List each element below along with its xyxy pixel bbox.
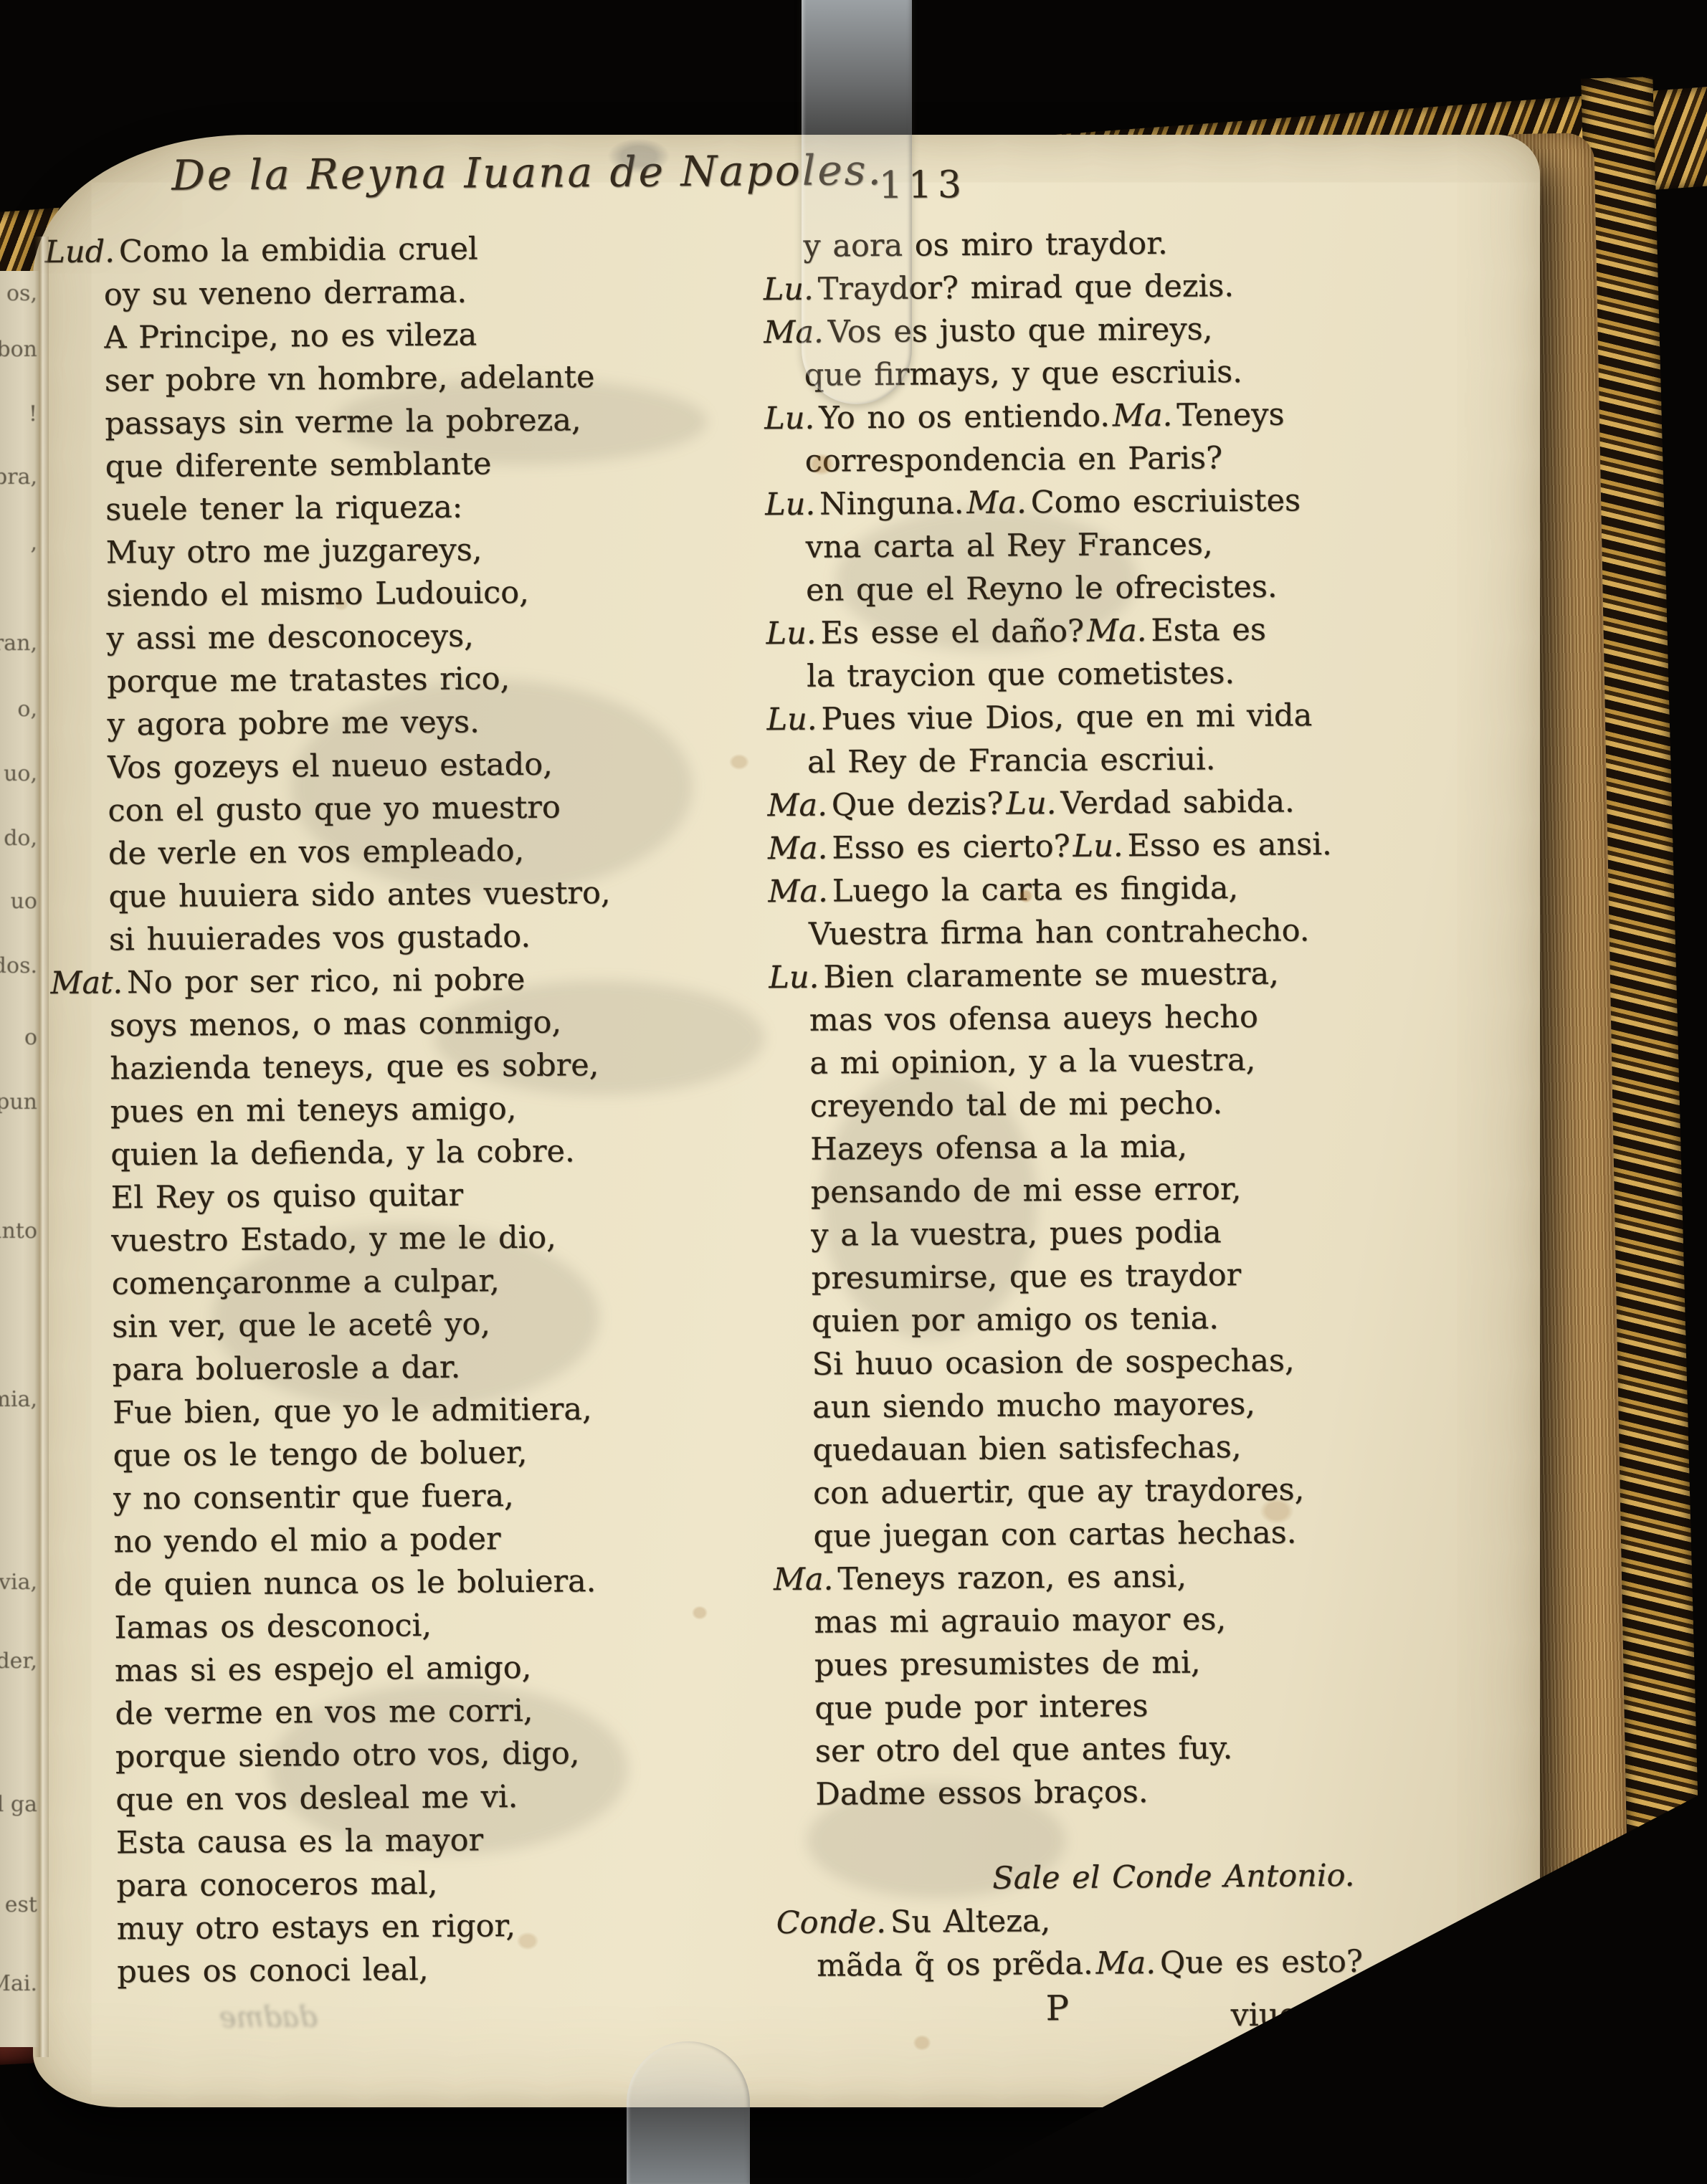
verse-text: hazienda teneys, que es sobre, [110, 1047, 599, 1087]
verse-text: de quien nunca os le boluiera. [114, 1563, 596, 1603]
verse-text: sin ver, que le acetê yo, [112, 1306, 490, 1345]
verse-text: No por ser rico, ni pobre [127, 962, 526, 1001]
verse-text: quedauan bien satisfechas, [812, 1429, 1241, 1469]
verse-text: mas mi agrauio mayor es, [814, 1601, 1226, 1641]
verse-text: Iamas os desconoci, [114, 1608, 432, 1646]
verse-line: vuestro Estado, y me le dio, [111, 1214, 755, 1262]
verse-text: Bien claramente se muestra, [823, 956, 1279, 996]
verse-text: Fue bien, que yo le admitiera, [113, 1391, 592, 1431]
verse-line: hazienda teneys, que es sobre, [110, 1042, 753, 1090]
verse-text: para boluerosle a dar. [113, 1350, 461, 1388]
verse-line: Ma.Teneys razon, es ansi, [774, 1554, 1369, 1602]
verse-line: Fue bien, que yo le admitiera, [113, 1386, 756, 1434]
verse-line: y no consentir que fuera, [113, 1472, 757, 1520]
verse-text: que en vos desleal me vi. [115, 1779, 518, 1818]
verse-text: Esso es cierto? [832, 829, 1070, 867]
verse-text: pues presumistes de mi, [814, 1644, 1201, 1683]
verse-line: mas vos ofensa aueys hecho [809, 995, 1364, 1042]
verse-line: Conde.Su Alteza, [776, 1897, 1371, 1945]
verse-line: Lud.Como la embidia cruel [44, 225, 747, 274]
previous-page-text-fragment: Mai. [0, 1971, 37, 1996]
verse-line: porque siendo otro vos, digo, [115, 1730, 759, 1778]
verse-line: A Principe, no es vileza [104, 311, 748, 359]
verse-line: y agora pobre me veys. [107, 698, 751, 746]
speaker-abbreviation: Lu. [765, 487, 815, 523]
verse-text: la traycion que cometistes. [807, 655, 1235, 695]
previous-page-text-fragment: o [24, 1025, 37, 1050]
verse-line: Esta causa es la mayor [116, 1816, 760, 1864]
verse-line: quien por amigo os tenia. [812, 1296, 1366, 1343]
verse-text: pensando de mi esse error, [811, 1171, 1242, 1211]
previous-page-text-fragment: dos. [0, 953, 37, 978]
verse-text: Vuestra firma han contrahecho. [809, 912, 1310, 952]
verse-line: no yendo el mio a poder [113, 1515, 757, 1563]
verse-line: mãda q̃ os prẽda.Ma.Que es esto? [817, 1940, 1371, 1988]
verse-line: de verle en vos empleado, [108, 827, 752, 875]
verse-line: mas mi agrauio mayor es, [814, 1597, 1369, 1644]
speaker-abbreviation: Conde. [776, 1904, 887, 1941]
verse-line: de quien nunca os le boluiera. [114, 1558, 758, 1606]
verse-text: porque me tratastes rico, [107, 661, 510, 700]
verse-line: Muy otro me juzgareys, [106, 526, 750, 574]
verse-text: mãda q̃ os prẽda. [817, 1946, 1093, 1984]
verse-line: Lu.Es esse el daño?Ma.Esta es [766, 608, 1361, 656]
speaker-abbreviation: Sale el Conde Antonio. [992, 1858, 1355, 1897]
speaker-abbreviation: Lu. [1006, 786, 1056, 822]
previous-page-text-fragment: , [30, 530, 37, 555]
verse-text: que os le tengo de boluer, [113, 1435, 527, 1474]
previous-page-text-fragment: junto [0, 1219, 37, 1244]
verse-text: vuestro Estado, y me le dio, [111, 1220, 556, 1259]
verse-text: que huuiera sido antes vuestro, [108, 875, 610, 915]
previous-page-text-fragment: o pun [0, 1089, 37, 1115]
verse-line: Lu.Pues viue Dios, que en mi vida [766, 694, 1361, 742]
previous-page-edge: os,bon!bra,,ran,o,uo,do,uodos.oo punjunt… [0, 271, 39, 2047]
speaker-abbreviation: Lu. [764, 401, 814, 437]
verse-text: Como escriuistes [1031, 482, 1301, 520]
speaker-abbreviation: Ma. [768, 831, 828, 867]
speaker-abbreviation: Ma. [774, 1562, 834, 1598]
stage-direction: Sale el Conde Antonio. [992, 1854, 1371, 1900]
verse-text: que pude por interes [814, 1688, 1148, 1727]
running-header: De la Reyna Iuana de Napoles. [154, 146, 900, 200]
verse-line: que huuiera sido antes vuestro, [108, 870, 752, 918]
verse-line: muy otro estays en rigor, [117, 1902, 761, 1950]
verse-text: y no consentir que fuera, [113, 1478, 514, 1517]
verse-line: y a la vuestra, pues podia [811, 1210, 1366, 1257]
verse-text: muy otro estays en rigor, [117, 1908, 516, 1947]
previous-page-text-fragment: ran, [0, 631, 37, 656]
verse-line: soys menos, o mas conmigo, [110, 999, 753, 1047]
verse-text: Que dezis? [832, 786, 1004, 824]
verse-line: passays sin verme la pobreza, [105, 397, 748, 445]
verse-line: Si huuo ocasion de sospechas, [812, 1339, 1366, 1386]
verse-line: con el gusto que yo muestro [108, 784, 751, 832]
verse-line: que diferente semblante [105, 440, 749, 488]
verse-line: porque me tratastes rico, [107, 655, 751, 703]
speaker-abbreviation: Lu. [766, 702, 817, 738]
verse-text: pues en mi teneys amigo, [110, 1091, 517, 1130]
verse-text: Esta causa es la mayor [116, 1822, 484, 1861]
previous-page-text-fragment: mia, [0, 1387, 37, 1412]
speaker-abbreviation: Ma. [1087, 613, 1147, 649]
verse-text: que juegan con cartas hechas. [813, 1515, 1296, 1554]
verse-line: ser otro del que antes fuy. [815, 1726, 1370, 1773]
holding-strap-bottom [627, 2041, 750, 2184]
verse-line: vna carta al Rey Frances, [805, 522, 1360, 569]
right-text-column: y aora os miro traydor.Lu.Traydor? mirad… [763, 221, 1372, 2046]
verse-line: Vuestra firma han contrahecho. [809, 909, 1364, 956]
verse-text: quien la defienda, y la cobre. [110, 1133, 575, 1173]
previous-page-text-fragment: uo [11, 889, 37, 914]
verse-text: soys menos, o mas conmigo, [110, 1004, 562, 1044]
verse-line: de verme en vos me corri, [115, 1687, 759, 1735]
speaker-abbreviation: Mat. [50, 965, 123, 1001]
verse-line: si huuierades vos gustado. [109, 913, 753, 961]
verse-text: Teneys [1176, 397, 1285, 434]
verse-text: quien por amigo os tenia. [812, 1300, 1219, 1339]
verse-line: Hazeys ofensa a la mia, [810, 1124, 1365, 1171]
verse-line: El Rey os quiso quitar [111, 1171, 755, 1219]
verse-line: correspondencia en Paris? [805, 436, 1360, 483]
verse-text: El Rey os quiso quitar [111, 1178, 464, 1216]
book-page: De la Reyna Iuana de Napoles. 113 Lud.Co… [33, 135, 1540, 2107]
speaker-abbreviation: Ma. [966, 485, 1027, 521]
signature-row: Pviue [777, 1985, 1373, 2047]
speaker-abbreviation: Lu. [1073, 828, 1123, 864]
speaker-abbreviation: Ma. [767, 788, 827, 824]
speaker-abbreviation: Ma. [768, 874, 828, 910]
catchword: viue [1231, 1993, 1298, 2037]
verse-line: ser pobre vn hombre, adelante [105, 354, 748, 402]
verse-text: vna carta al Rey Frances, [806, 526, 1213, 565]
verse-text: Si huuo ocasion de sospechas, [812, 1343, 1294, 1382]
verse-line: pues presumistes de mi, [814, 1640, 1369, 1687]
verse-text: Dadme essos braços. [815, 1774, 1149, 1813]
verse-text: Teneys razon, es ansi, [837, 1559, 1187, 1598]
verse-line: Vos gozeys el nueuo estado, [108, 741, 751, 789]
speaker-abbreviation: Lu. [769, 960, 819, 996]
verse-text: Esso es ansi. [1127, 826, 1331, 864]
verse-text: pues os conoci leal, [117, 1952, 429, 1990]
verse-text: no yendo el mio a poder [113, 1521, 500, 1560]
verse-line: para boluerosle a dar. [112, 1343, 756, 1391]
verse-text: passays sin verme la pobreza, [105, 402, 581, 442]
verse-line: que en vos desleal me vi. [115, 1773, 759, 1821]
verse-text: Que es esto? [1160, 1944, 1363, 1981]
verse-line: quien la defienda, y la cobre. [110, 1128, 754, 1176]
verse-line: creyendo tal de mi pecho. [810, 1081, 1365, 1128]
verse-text: suele tener la riqueza: [105, 490, 462, 528]
speaker-abbreviation: Ma. [1113, 398, 1173, 434]
verse-text: siendo el mismo Ludouico, [106, 575, 529, 614]
verse-text: Muy otro me juzgareys, [106, 532, 482, 571]
verse-line: que os le tengo de boluer, [113, 1429, 756, 1477]
verse-line: con aduertir, que ay traydores, [813, 1468, 1368, 1515]
verse-line: pues os conoci leal, [117, 1945, 761, 1993]
verse-text: Como la embidia cruel [119, 231, 478, 270]
left-text-column: Lud.Como la embidia crueloy su veneno de… [44, 225, 761, 1994]
verse-text: que diferente semblante [105, 446, 492, 485]
verse-text: aun siendo mucho mayores, [812, 1386, 1255, 1426]
verse-line: que juegan con cartas hechas. [813, 1511, 1368, 1558]
verse-line: pensando de mi esse error, [811, 1167, 1366, 1214]
previous-page-text-fragment: ! [29, 401, 37, 426]
verse-line: presumirse, que es traydor [811, 1253, 1366, 1300]
verse-text: para conoceros mal, [116, 1866, 438, 1904]
verse-line: y assi me desconoceys, [106, 612, 750, 660]
ghost-show-through-layer: dadme [25, 129, 1532, 141]
verse-line: Mat.No por ser rico, ni pobre [50, 956, 753, 1005]
verse-line: començaronme a culpar, [112, 1257, 756, 1305]
verse-line: quedauan bien satisfechas, [812, 1425, 1367, 1472]
verse-text: començaronme a culpar, [112, 1263, 500, 1302]
verse-line: mas si es espejo el amigo, [115, 1644, 759, 1692]
speaker-abbreviation: Ma. [1095, 1945, 1156, 1982]
speaker-abbreviation: Lud. [44, 234, 115, 270]
verse-line: Lu.Ninguna.Ma.Como escriuistes [765, 479, 1360, 527]
verse-line: Ma.Esso es cierto?Lu.Esso es ansi. [768, 823, 1363, 871]
verse-text: de verme en vos me corri, [115, 1693, 533, 1732]
previous-page-text-fragment: el ga [0, 1792, 37, 1817]
verse-text: Su Alteza, [890, 1903, 1051, 1940]
verse-text: y agora pobre me veys. [107, 704, 480, 743]
verse-text: porque siendo otro vos, digo, [115, 1735, 580, 1775]
previous-page-text-fragment: est [5, 1892, 37, 1917]
verse-text: con aduertir, que ay traydores, [813, 1472, 1305, 1511]
verse-text: con el gusto que yo muestro [108, 789, 561, 829]
verse-text: Hazeys ofensa a la mia, [810, 1129, 1187, 1168]
show-through-word: dadme [219, 2001, 318, 2034]
verse-text: y assi me desconoceys, [106, 618, 474, 657]
verse-text: correspondencia en Paris? [805, 440, 1223, 480]
verse-text: A Principe, no es vileza [104, 317, 477, 356]
verse-line: para conoceros mal, [116, 1859, 760, 1907]
verse-text: a mi opinion, y a la vuestra, [809, 1042, 1255, 1082]
verse-text: y a la vuestra, pues podia [811, 1214, 1222, 1253]
verse-line: pues en mi teneys amigo, [110, 1085, 754, 1133]
verse-text: creyendo tal de mi pecho. [810, 1085, 1223, 1125]
verse-line: oy su veneno derrama. [104, 268, 748, 316]
verse-line: Dadme essos braços. [815, 1769, 1370, 1816]
previous-page-text-fragment: via, [0, 1570, 37, 1595]
verse-text: mas vos ofensa aueys hecho [809, 999, 1258, 1039]
verse-line: a mi opinion, y a la vuestra, [809, 1038, 1364, 1085]
verse-text: si huuierades vos gustado. [109, 919, 531, 958]
verse-line: la traycion que cometistes. [807, 651, 1361, 698]
verse-line: aun siendo mucho mayores, [812, 1382, 1367, 1429]
verse-text: ser otro del que antes fuy. [815, 1730, 1233, 1770]
verse-text: Vos gozeys el nueuo estado, [108, 747, 553, 786]
previous-page-text-fragment: bra, [0, 464, 37, 490]
speaker-abbreviation: Lu. [766, 616, 816, 652]
verse-text: ser pobre vn hombre, adelante [105, 359, 595, 399]
verse-text: mas si es espejo el amigo, [115, 1650, 532, 1689]
holding-strap-top [802, 0, 912, 404]
verse-text: Ninguna. [819, 485, 964, 523]
verse-line: siendo el mismo Ludouico, [106, 569, 750, 617]
verse-text: de verle en vos empleado, [108, 833, 525, 872]
verse-line: suele tener la riqueza: [105, 483, 749, 531]
previous-page-text-fragment: uo, [4, 761, 37, 786]
verse-text: Es esse el daño? [820, 614, 1084, 652]
verse-line: Ma.Luego la carta es fingida, [768, 866, 1363, 914]
verse-line: Lu.Bien claramente se muestra, [769, 952, 1364, 1000]
verse-text: Esta es [1151, 612, 1266, 649]
verse-line: que pude por interes [814, 1683, 1369, 1730]
previous-page-text-fragment: poder, [0, 1649, 37, 1674]
verse-text: Pues viue Dios, que en mi vida [821, 697, 1312, 737]
photographed-book-page: De la Reyna Iuana de Napoles. 113 Lud.Co… [0, 0, 1707, 2184]
previous-page-text-fragment: os, [6, 281, 37, 306]
verse-text: Luego la carta es fingida, [832, 870, 1239, 909]
verse-line: en que el Reyno le ofrecistes. [806, 565, 1361, 612]
verse-line: al Rey de Francia escriui. [807, 737, 1362, 784]
verse-text: presumirse, que es traydor [812, 1257, 1242, 1297]
verse-line: sin ver, que le acetê yo, [112, 1300, 756, 1348]
verse-text: Verdad sabida. [1060, 783, 1295, 821]
previous-page-text-fragment: o, [17, 697, 37, 722]
gathering-signature: P [1046, 1987, 1070, 2030]
verse-text: en que el Reyno le ofrecistes. [806, 569, 1278, 609]
previous-page-text-fragment: bon [0, 337, 37, 362]
verse-text: al Rey de Francia escriui. [807, 741, 1216, 780]
verse-line: Ma.Que dezis?Lu.Verdad sabida. [767, 780, 1362, 828]
verse-line: Iamas os desconoci, [114, 1601, 758, 1649]
printed-text-block: De la Reyna Iuana de Napoles. 113 Lud.Co… [25, 129, 1548, 2113]
verse-text: oy su veneno derrama. [104, 274, 467, 313]
previous-page-text-fragment: do, [4, 826, 37, 851]
